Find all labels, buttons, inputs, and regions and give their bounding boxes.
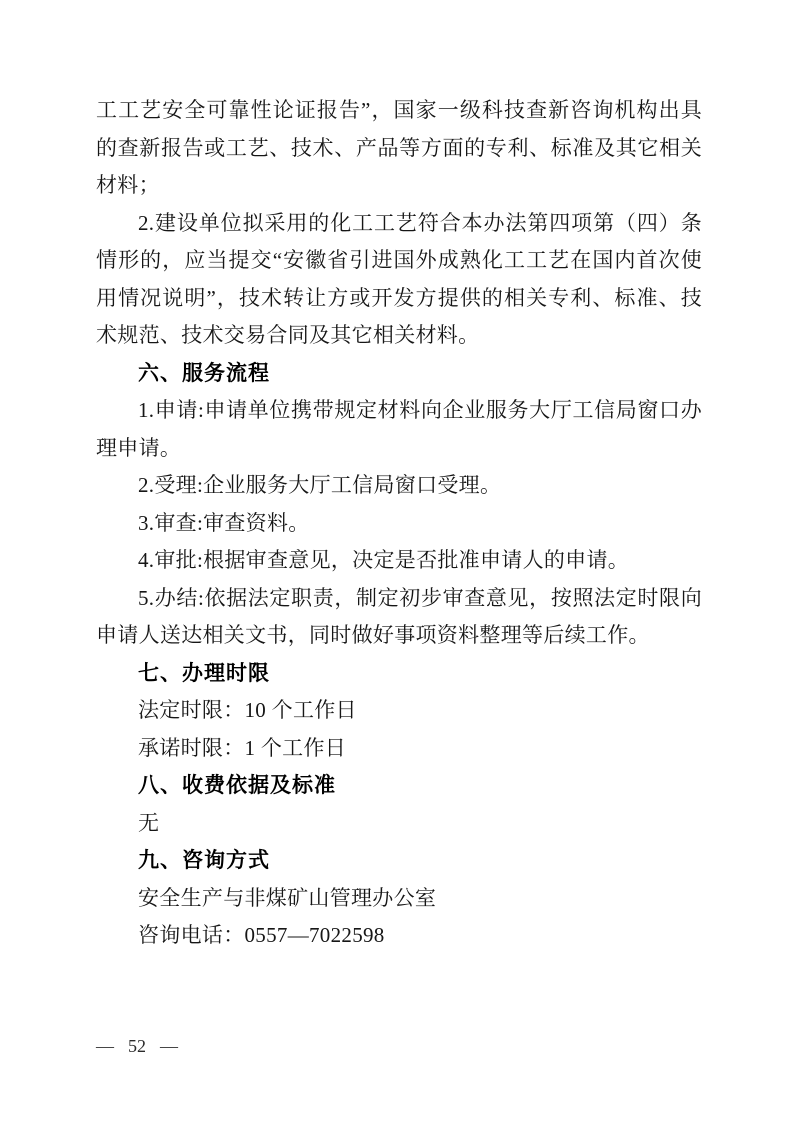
line-office-name: 安全生产与非煤矿山管理办公室 [96, 880, 702, 918]
line-promised-limit: 承诺时限：1 个工作日 [96, 730, 702, 768]
footer-dash-left: — [96, 1036, 114, 1057]
step-approve: 4.审批:根据审查意见，决定是否批准申请人的申请。 [96, 542, 702, 580]
para-item-2-imported-process: 2.建设单位拟采用的化工工艺符合本办法第四项第（四）条情形的，应当提交“安徽省引… [96, 205, 702, 355]
footer-dash-right: — [160, 1036, 178, 1057]
heading-processing-time-limit: 七、办理时限 [96, 655, 702, 693]
page-footer: — 52 — [96, 1036, 178, 1057]
step-accept: 2.受理:企业服务大厅工信局窗口受理。 [96, 467, 702, 505]
line-statutory-limit: 法定时限：10 个工作日 [96, 692, 702, 730]
page-number: 52 [128, 1036, 146, 1057]
step-complete: 5.办结:依据法定职责，制定初步审查意见，按照法定时限向申请人送达相关文书，同时… [96, 580, 702, 655]
step-apply: 1.申请:申请单位携带规定材料向企业服务大厅工信局窗口办理申请。 [96, 392, 702, 467]
document-body: 工工艺安全可靠性论证报告”，国家一级科技查新咨询机构出具的查新报告或工艺、技术、… [96, 92, 702, 955]
heading-consultation-method: 九、咨询方式 [96, 842, 702, 880]
step-review: 3.审查:审查资料。 [96, 505, 702, 543]
heading-fee-basis-standard: 八、收费依据及标准 [96, 767, 702, 805]
para-continued-materials: 工工艺安全可靠性论证报告”，国家一级科技查新咨询机构出具的查新报告或工艺、技术、… [96, 92, 702, 205]
line-consultation-phone: 咨询电话：0557—7022598 [96, 917, 702, 955]
line-none: 无 [96, 805, 702, 843]
heading-service-process: 六、服务流程 [96, 355, 702, 393]
document-page: 工工艺安全可靠性论证报告”，国家一级科技查新咨询机构出具的查新报告或工艺、技术、… [0, 0, 793, 1122]
